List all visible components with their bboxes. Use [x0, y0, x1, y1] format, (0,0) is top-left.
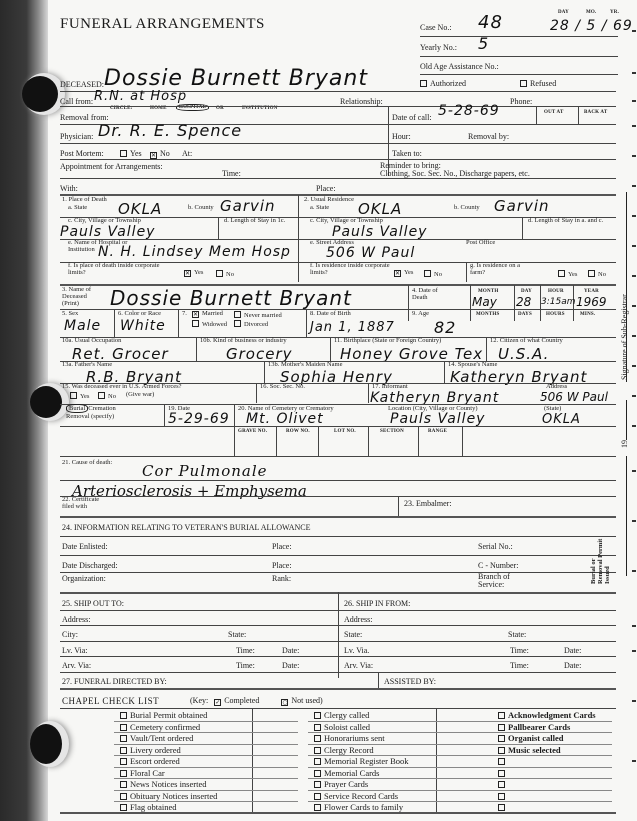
- checklist-item[interactable]: Livery ordered: [120, 745, 181, 755]
- out-at-label: OUT AT: [544, 110, 564, 115]
- residence-label: 2. Usual Residence: [304, 197, 354, 204]
- case-no-value[interactable]: 48: [478, 12, 503, 33]
- checkbox-icon[interactable]: [120, 793, 127, 800]
- checklist-item[interactable]: Service Record Cards: [314, 791, 398, 801]
- res-farm-yes[interactable]: Yes: [558, 270, 577, 279]
- res-limits-yes-checked[interactable]: ✕Yes: [394, 270, 413, 277]
- checklist-item[interactable]: [498, 779, 508, 789]
- ship-out-title: 25. SHIP OUT TO:: [62, 600, 124, 608]
- rank-label: Rank:: [272, 575, 291, 583]
- date-discharged-label: Date Discharged:: [62, 562, 118, 570]
- ship-in-lv-date-label: Date:: [564, 647, 581, 655]
- form-title: FUNERAL ARRANGEMENTS: [60, 16, 265, 33]
- removal-by-label: Removal by:: [468, 133, 509, 141]
- veteran-section-title: 24. INFORMATION RELATING TO VETERAN'S BU…: [62, 524, 310, 532]
- checkbox-icon[interactable]: [314, 793, 321, 800]
- checklist-item-label: Organist called: [508, 733, 563, 743]
- checklist-item[interactable]: Memorial Register Book: [314, 756, 409, 766]
- appointment-label: Appointment for Arrangements:: [60, 163, 163, 171]
- checkbox-icon[interactable]: [498, 747, 505, 754]
- checklist-item-label: Livery ordered: [130, 745, 181, 755]
- assisted-by-label: ASSISTED BY:: [384, 678, 436, 686]
- header-date-value[interactable]: 28 / 5 / 69: [550, 18, 633, 34]
- married-checked[interactable]: ✕Married: [192, 311, 223, 318]
- checklist-item-label: Burial Permit obtained: [130, 710, 207, 720]
- res-county[interactable]: Garvin: [494, 197, 550, 215]
- dod-year[interactable]: 1969: [576, 295, 607, 309]
- checklist-item-label: Soloist called: [324, 722, 370, 732]
- age-days-header: DAYS: [518, 312, 532, 317]
- checklist-item-label: Service Record Cards: [324, 791, 398, 801]
- back-at-label: BACK AT: [584, 110, 607, 115]
- checklist-item[interactable]: Prayer Cards: [314, 779, 368, 789]
- ship-in-arv-time-label: Time:: [510, 662, 529, 670]
- dob-label: 8. Date of Birth: [310, 311, 351, 318]
- age-months-header: MONTHS: [476, 312, 499, 317]
- pod-length-label: d. Length of Stay in 1c.: [224, 218, 294, 225]
- checkbox-icon[interactable]: [314, 724, 321, 731]
- old-age-label: Old Age Assistance No.:: [420, 63, 499, 71]
- chapel-checklist-title: CHAPEL CHECK LIST: [62, 696, 159, 706]
- pod-city[interactable]: Pauls Valley: [60, 224, 155, 240]
- post-mortem-no-checked[interactable]: ✕No: [150, 150, 170, 159]
- checklist-item-label: Vault/Tent ordered: [130, 733, 193, 743]
- dod-day-header: DAY: [521, 289, 532, 294]
- ship-out-state-label: State:: [228, 631, 246, 639]
- checklist-item[interactable]: Music selected: [498, 745, 561, 755]
- dod-year-header: YEAR: [584, 289, 599, 294]
- ship-in-state-label: State:: [344, 631, 362, 639]
- place-label: Place:: [316, 185, 336, 193]
- checklist-item[interactable]: Clergy called: [314, 710, 369, 720]
- ssn-label: 16. Soc. Sec. No.: [260, 384, 305, 391]
- checkbox-icon[interactable]: [314, 747, 321, 754]
- checkbox-icon[interactable]: [498, 724, 505, 731]
- checkbox-icon[interactable]: [314, 735, 321, 742]
- date-year-label: YR.: [610, 10, 619, 15]
- post-mortem-label: Post Mortem:: [60, 150, 104, 158]
- widowed-checkbox[interactable]: Widowed: [192, 320, 227, 329]
- age-mins-header: MINS.: [580, 312, 595, 317]
- organization-label: Organization:: [62, 575, 106, 583]
- funeral-directed-by-label: 27. FUNERAL DIRECTED BY:: [62, 678, 167, 686]
- ship-out-lv-time-label: Time:: [236, 647, 255, 655]
- checklist-item-label: Cemetery confirmed: [130, 722, 200, 732]
- checklist-item[interactable]: Obituary Notices inserted: [120, 791, 217, 801]
- checklist-item[interactable]: Soloist called: [314, 722, 370, 732]
- checkbox-icon[interactable]: [120, 747, 127, 754]
- age-value[interactable]: 82: [434, 318, 456, 337]
- res-limits-no[interactable]: No: [424, 270, 442, 279]
- checkbox-icon[interactable]: [120, 712, 127, 719]
- certificate-filed-label: 22. Certificate filed with: [62, 497, 112, 511]
- pod-state[interactable]: OKLA: [118, 200, 162, 218]
- grave-no-header: GRAVE NO.: [238, 429, 267, 434]
- age-label: 9. Age: [412, 311, 429, 318]
- taken-to-label: Taken to:: [392, 150, 422, 158]
- checkbox-icon[interactable]: [498, 758, 505, 765]
- res-farm-label: g. Is residence on a farm?: [470, 263, 520, 277]
- armed-forces-label: 15. Was deceased ever in U.S. Armed Forc…: [62, 384, 182, 391]
- armed-no[interactable]: No: [98, 392, 116, 401]
- checklist-item[interactable]: Vault/Tent ordered: [120, 733, 193, 743]
- cause-line-1[interactable]: Cor Pulmonale: [142, 462, 268, 480]
- ship-out-city-label: City:: [62, 631, 78, 639]
- dod-month-header: MONTH: [478, 289, 498, 294]
- birthplace-label: 11. Birthplace (State or Foreign Country…: [334, 338, 441, 345]
- punch-hole: [22, 76, 58, 112]
- checklist-item-label: Music selected: [508, 745, 561, 755]
- pod-state-label: a. State: [68, 205, 87, 212]
- dod-month[interactable]: May: [472, 295, 497, 309]
- checklist-item[interactable]: [498, 756, 508, 766]
- race-value[interactable]: White: [120, 318, 166, 334]
- checklist-item-label: Escort ordered: [130, 756, 180, 766]
- pod-limits-label: f. Is place of death inside corporate li…: [68, 263, 178, 277]
- dod-hour[interactable]: 3:15am: [541, 297, 576, 307]
- yearly-no-value[interactable]: 5: [478, 34, 489, 53]
- pod-county-label: b. County: [188, 205, 214, 212]
- occupation-label: 10a. Usual Occupation: [62, 338, 121, 345]
- checklist-item[interactable]: Clergy Record: [314, 745, 374, 755]
- ship-in-arv-date-label: Date:: [564, 662, 581, 670]
- checkbox-icon[interactable]: [314, 804, 321, 811]
- armed-yes[interactable]: Yes: [70, 392, 89, 401]
- checklist-item-label: News Notices inserted: [130, 779, 206, 789]
- cemetery-value[interactable]: Mt. Olivet: [246, 411, 324, 427]
- ship-in-arv-via-label: Arv. Via:: [344, 662, 373, 670]
- disposition-state[interactable]: OKLA: [542, 412, 581, 427]
- sub-registrar-signature-label: Signature of Sub-Registrar: [620, 294, 629, 380]
- checklist-item[interactable]: News Notices inserted: [120, 779, 206, 789]
- removal-specify-label: Removal (specify): [66, 414, 114, 421]
- res-state[interactable]: OKLA: [358, 200, 402, 218]
- checklist-item[interactable]: Escort ordered: [120, 756, 180, 766]
- name-of-deceased-label: 3. Name of Deceased (Print): [62, 287, 96, 307]
- checkbox-icon[interactable]: [314, 770, 321, 777]
- call-from-value[interactable]: R.N. at Hosp: [94, 89, 187, 104]
- pod-county[interactable]: Garvin: [220, 197, 276, 215]
- funeral-arrangements-form: FUNERAL ARRANGEMENTS Case No.: 48 DAY MO…: [0, 0, 637, 821]
- checklist-item-label: Acknowledgment Cards: [508, 710, 596, 720]
- branch-label: Branch of Service:: [478, 573, 528, 590]
- hour-label: Hour:: [392, 133, 411, 141]
- checklist-item[interactable]: Pallbearer Cards: [498, 722, 570, 732]
- form-sheet: FUNERAL ARRANGEMENTS Case No.: 48 DAY MO…: [58, 0, 618, 821]
- checklist-item[interactable]: Cemetery confirmed: [120, 722, 200, 732]
- res-limits-label: f. Is residence inside corporate limits?: [310, 263, 390, 277]
- ship-in-address-label: Address:: [344, 616, 372, 624]
- ship-out-arv-via-label: Arv. Via:: [62, 662, 91, 670]
- date-of-call-value[interactable]: 5-28-69: [438, 103, 500, 119]
- checklist-item[interactable]: Acknowledgment Cards: [498, 710, 596, 720]
- authorized-checkbox[interactable]: Authorized: [420, 80, 466, 88]
- checklist-item-label: Clergy Record: [324, 745, 374, 755]
- date-enlisted-label: Date Enlisted:: [62, 543, 108, 551]
- ship-in-lv-via-label: Lv. Via.: [344, 647, 369, 655]
- ship-in-state2-label: State:: [508, 631, 526, 639]
- lot-no-header: LOT NO.: [334, 429, 356, 434]
- ship-out-arv-date-label: Date:: [282, 662, 299, 670]
- sex-value[interactable]: Male: [64, 318, 101, 334]
- marital-label: 7.: [182, 311, 187, 318]
- industry-label: 10b. Kind of business or industry: [200, 338, 287, 345]
- checklist-item[interactable]: [498, 802, 508, 812]
- date-day-label: DAY: [558, 10, 569, 15]
- checklist-item[interactable]: Organist called: [498, 733, 563, 743]
- give-war-label: (Give war): [126, 392, 154, 399]
- checkbox-icon[interactable]: [498, 793, 505, 800]
- checklist-item-label: Prayer Cards: [324, 779, 368, 789]
- place-of-death-label: 1. Place of Death: [62, 197, 107, 204]
- post-office-label: Post Office: [466, 240, 495, 247]
- checkbox-icon[interactable]: [498, 712, 505, 719]
- checklist-key: (Key: ✓Completed ○Not used): [190, 697, 323, 706]
- pod-hospital[interactable]: N. H. Lindsey Mem Hosp: [98, 244, 291, 260]
- discharged-place-label: Place:: [272, 562, 292, 570]
- never-married-checkbox[interactable]: Never married: [234, 311, 282, 320]
- range-header: RANGE: [428, 429, 447, 434]
- checklist-item-label: Obituary Notices inserted: [130, 791, 217, 801]
- checklist-item[interactable]: Flower Cards to family: [314, 802, 403, 812]
- sex-label: 5. Sex: [62, 311, 78, 318]
- permit-issued-label: Burial or Removal Permit Issued: [590, 534, 611, 584]
- post-mortem-yes[interactable]: Yes: [120, 150, 142, 158]
- refused-checkbox[interactable]: Refused: [520, 80, 556, 88]
- checklist-item[interactable]: Burial Permit obtained: [120, 710, 207, 720]
- citizen-label: 12. Citizen of what Country: [490, 338, 563, 345]
- checkbox-icon[interactable]: [314, 712, 321, 719]
- location-value[interactable]: Pauls Valley: [390, 411, 485, 427]
- ship-in-lv-time-label: Time:: [510, 647, 529, 655]
- cause-of-death-label: 21. Cause of death:: [62, 460, 112, 467]
- res-city[interactable]: Pauls Valley: [332, 224, 427, 240]
- checklist-item-label: Flag obtained: [130, 802, 177, 812]
- ship-out-address-label: Address:: [62, 616, 90, 624]
- checkbox-icon[interactable]: [498, 804, 505, 811]
- with-label: With:: [60, 185, 78, 193]
- checklist-item[interactable]: Flag obtained: [120, 802, 177, 812]
- c-number-label: C - Number:: [478, 562, 518, 570]
- physician-value[interactable]: Dr. R. E. Spence: [98, 121, 242, 140]
- yearly-no-label: Yearly No.:: [420, 44, 457, 52]
- row-no-header: ROW NO.: [286, 429, 310, 434]
- res-street[interactable]: 506 W Paul: [326, 245, 415, 261]
- checklist-item[interactable]: Honorariums sent: [314, 733, 385, 743]
- at-label: At:: [182, 150, 192, 158]
- deceased-print-name[interactable]: Dossie Burnett Bryant: [110, 286, 352, 310]
- pod-limits-no[interactable]: No: [216, 270, 234, 279]
- dod-day[interactable]: 28: [516, 295, 531, 309]
- checkbox-icon[interactable]: [498, 781, 505, 788]
- res-length-label: d. Length of Stay in a. and c.: [528, 218, 608, 225]
- checklist-item-label: Memorial Cards: [324, 768, 379, 778]
- checkbox-icon[interactable]: [498, 770, 505, 777]
- case-no-label: Case No.:: [420, 24, 452, 32]
- deceased-name[interactable]: Dossie Burnett Bryant: [104, 66, 368, 91]
- checkbox-icon[interactable]: [120, 804, 127, 811]
- dod-hour-header: HOUR: [548, 289, 564, 294]
- date-of-call-label: Date of call:: [392, 114, 432, 122]
- checkbox-icon[interactable]: [120, 735, 127, 742]
- checklist-item[interactable]: [498, 768, 508, 778]
- checklist-item[interactable]: [498, 791, 508, 801]
- checklist-item-label: Clergy called: [324, 710, 369, 720]
- physician-label: Physician:: [60, 133, 93, 141]
- checklist-item[interactable]: Memorial Cards: [314, 768, 379, 778]
- checklist-item-label: Memorial Register Book: [324, 756, 409, 766]
- res-county-label: b. County: [454, 205, 480, 212]
- checklist-item[interactable]: Floral Car: [120, 768, 165, 778]
- burial-option-circled[interactable]: BurialCremation: [66, 406, 116, 413]
- section-header: SECTION: [380, 429, 404, 434]
- checkbox-icon[interactable]: [314, 758, 321, 765]
- checkbox-icon[interactable]: [120, 770, 127, 777]
- embalmer-label: 23. Embalmer:: [404, 500, 452, 508]
- checklist-item-label: Pallbearer Cards: [508, 722, 570, 732]
- ship-in-title: 26. SHIP IN FROM:: [344, 600, 410, 608]
- dob-value[interactable]: Jan 1, 1887: [310, 320, 395, 335]
- serial-no-label: Serial No.:: [478, 543, 513, 551]
- date-of-death-label: 4. Date of Death: [412, 288, 452, 302]
- informant-address[interactable]: 506 W Paul: [540, 390, 608, 404]
- checkbox-icon[interactable]: [120, 781, 127, 788]
- disposition-date[interactable]: 5-29-69: [168, 411, 230, 427]
- age-hours-header: HOURS: [546, 312, 565, 317]
- res-state-label: a. State: [310, 205, 329, 212]
- checklist-item-label: Flower Cards to family: [324, 802, 403, 812]
- date-month-label: MO.: [586, 10, 596, 15]
- checkbox-icon[interactable]: [120, 724, 127, 731]
- race-label: 6. Color or Race: [118, 311, 161, 318]
- divorced-checkbox[interactable]: Divorced: [234, 320, 268, 329]
- year-prefix-label: 19: [620, 440, 629, 448]
- enlisted-place-label: Place:: [272, 543, 292, 551]
- checkbox-icon[interactable]: [498, 735, 505, 742]
- checkbox-icon[interactable]: [314, 781, 321, 788]
- ship-out-lv-date-label: Date:: [282, 647, 299, 655]
- ship-out-lv-via-label: Lv. Via:: [62, 647, 88, 655]
- res-farm-no[interactable]: No: [588, 270, 606, 279]
- checklist-item-label: Floral Car: [130, 768, 165, 778]
- pod-limits-yes-checked[interactable]: ✕Yes: [184, 270, 203, 277]
- checkbox-icon[interactable]: [120, 758, 127, 765]
- checklist-item-label: Honorariums sent: [324, 733, 385, 743]
- ship-out-arv-time-label: Time:: [236, 662, 255, 670]
